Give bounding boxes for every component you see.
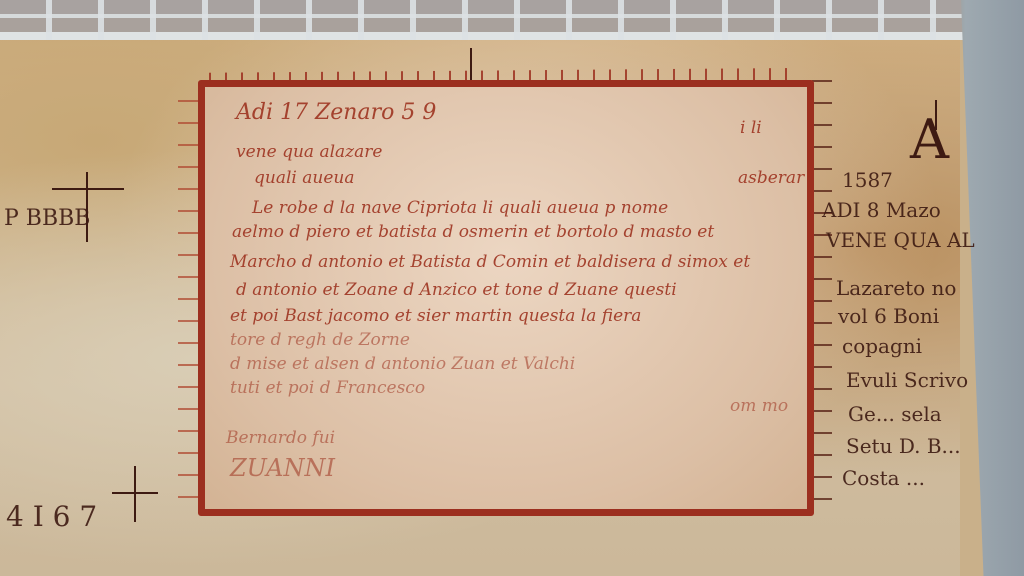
left-date: 4 I 6 7	[6, 500, 97, 533]
wall-photo: Adi 17 Zenaro 5 9 vene qua alazare quali…	[0, 0, 1024, 576]
panel-line: d mise et alsen d antonio Zuan et Valchi	[230, 354, 575, 374]
monogram-glyph: A	[910, 108, 949, 171]
panel-line: Marcho d antonio et Batista d Comin et b…	[230, 252, 750, 272]
panel-line: d antonio et Zoane d Anzico et tone d Zu…	[236, 280, 677, 300]
panel-line: ZUANNI	[230, 454, 335, 482]
panel-line: Adi 17 Zenaro 5 9	[236, 100, 436, 125]
right-line: Evuli Scrivo	[846, 368, 968, 392]
right-line: copagni	[842, 334, 922, 358]
merchant-mark: P BBBB	[4, 206, 90, 231]
zigzag-border-right	[812, 70, 832, 500]
right-line: Lazareto no	[836, 276, 956, 300]
zigzag-border-left	[178, 90, 198, 510]
mark-crossbar-icon	[52, 188, 124, 190]
panel-fragment: i li	[740, 118, 762, 138]
monogram-cross-icon	[935, 100, 937, 130]
panel-fragment: asberar	[738, 168, 804, 188]
right-line: ADI 8 Mazo	[822, 198, 941, 222]
right-line: 1587	[842, 168, 893, 192]
panel-line: aelmo d piero et batista d osmerin et bo…	[232, 222, 714, 242]
right-line: Ge... sela	[848, 402, 942, 426]
right-line: VENE QUA AL	[826, 228, 975, 252]
panel-line: Le robe d la nave Cipriota li quali aueu…	[252, 198, 668, 218]
panel-line: vene qua alazare	[236, 142, 382, 162]
brick-wall-top	[0, 0, 1024, 40]
right-line: vol 6 Boni	[838, 304, 939, 328]
panel-line: tore d regh de Zorne	[230, 330, 410, 350]
mark-cross-icon	[86, 172, 88, 242]
date-cross-icon	[134, 466, 136, 522]
panel-line: quali aueua	[254, 168, 354, 188]
right-line: Costa ...	[842, 466, 925, 490]
panel-line: et poi Bast jacomo et sier martin questa…	[230, 306, 641, 326]
panel-fragment: om mo	[730, 396, 788, 416]
panel-line: tuti et poi d Francesco	[230, 378, 425, 398]
panel-line: Bernardo fui	[226, 428, 335, 448]
right-line: Setu D. B...	[846, 434, 961, 458]
